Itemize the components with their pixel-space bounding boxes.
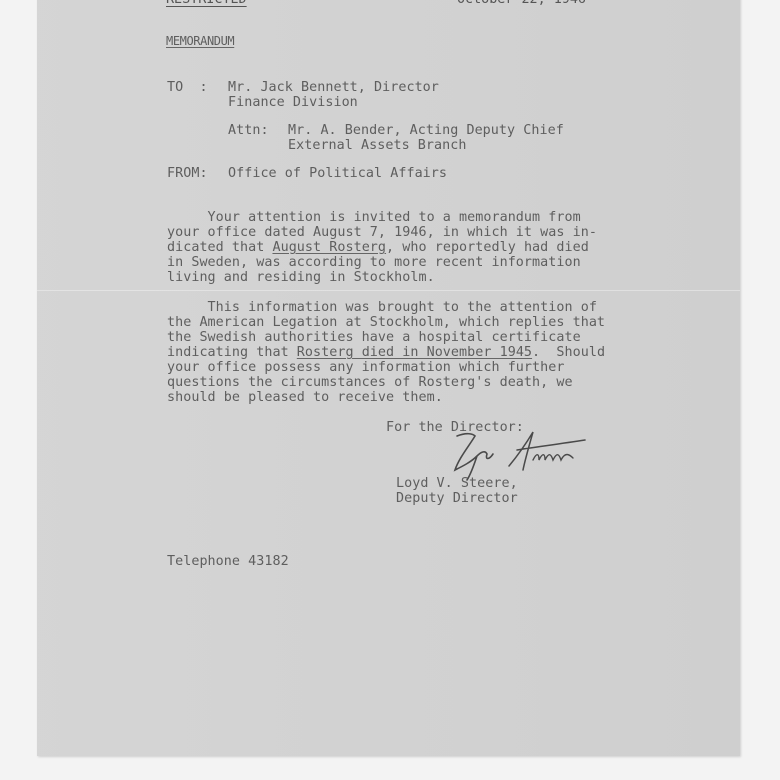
para1-line5: living and residing in Stockholm. [167, 270, 435, 285]
para2-line1: This information was brought to the atte… [167, 300, 597, 315]
para2-line2: the American Legation at Stockholm, whic… [167, 315, 605, 330]
classification-stamp: RESTRICTED [166, 0, 247, 7]
para1-line1: Your attention is invited to a memorandu… [167, 210, 581, 225]
para1-line4: in Sweden, was according to more recent … [167, 255, 581, 270]
to-line-2: Finance Division [228, 95, 358, 110]
attn-line-1: Mr. A. Bender, Acting Deputy Chief [288, 123, 564, 138]
paper-fold [37, 290, 740, 291]
memo-title: MEMORANDUM [166, 34, 234, 49]
from-value: Office of Political Affairs [228, 166, 447, 181]
to-label: TO : [167, 80, 208, 95]
para2-line4-b: . Should [532, 345, 605, 360]
from-label: FROM: [167, 166, 208, 181]
para2-line6: questions the circumstances of Rosterg's… [167, 375, 573, 390]
para2-line4: indicating that Rosterg died in November… [167, 345, 605, 360]
underlined-name: August Rosterg [272, 240, 386, 255]
underlined-death-date: Rosterg died in November 1945 [297, 345, 532, 360]
attn-line-2: External Assets Branch [288, 138, 466, 153]
handwritten-signature [449, 426, 589, 482]
para2-line5: your office possess any information whic… [167, 360, 564, 375]
para1-line2: your office dated August 7, 1946, in whi… [167, 225, 597, 240]
para1-line3: dicated that August Rosterg, who reporte… [167, 240, 589, 255]
para1-line3-b: , who reportedly had died [386, 240, 589, 255]
to-line-1: Mr. Jack Bennett, Director [228, 80, 439, 95]
para1-line3-a: dicated that [167, 240, 272, 255]
signer-title: Deputy Director [396, 491, 518, 506]
memo-page: RESTRICTED October 22, 1946 MEMORANDUM T… [37, 0, 740, 756]
attn-label: Attn: [228, 123, 269, 138]
signer-name: Loyd V. Steere, [396, 476, 518, 491]
para2-line3: the Swedish authorities have a hospital … [167, 330, 581, 345]
telephone: Telephone 43182 [167, 554, 289, 569]
para2-line4-a: indicating that [167, 345, 297, 360]
para2-line7: should be pleased to receive them. [167, 390, 443, 405]
memo-date: October 22, 1946 [457, 0, 586, 7]
